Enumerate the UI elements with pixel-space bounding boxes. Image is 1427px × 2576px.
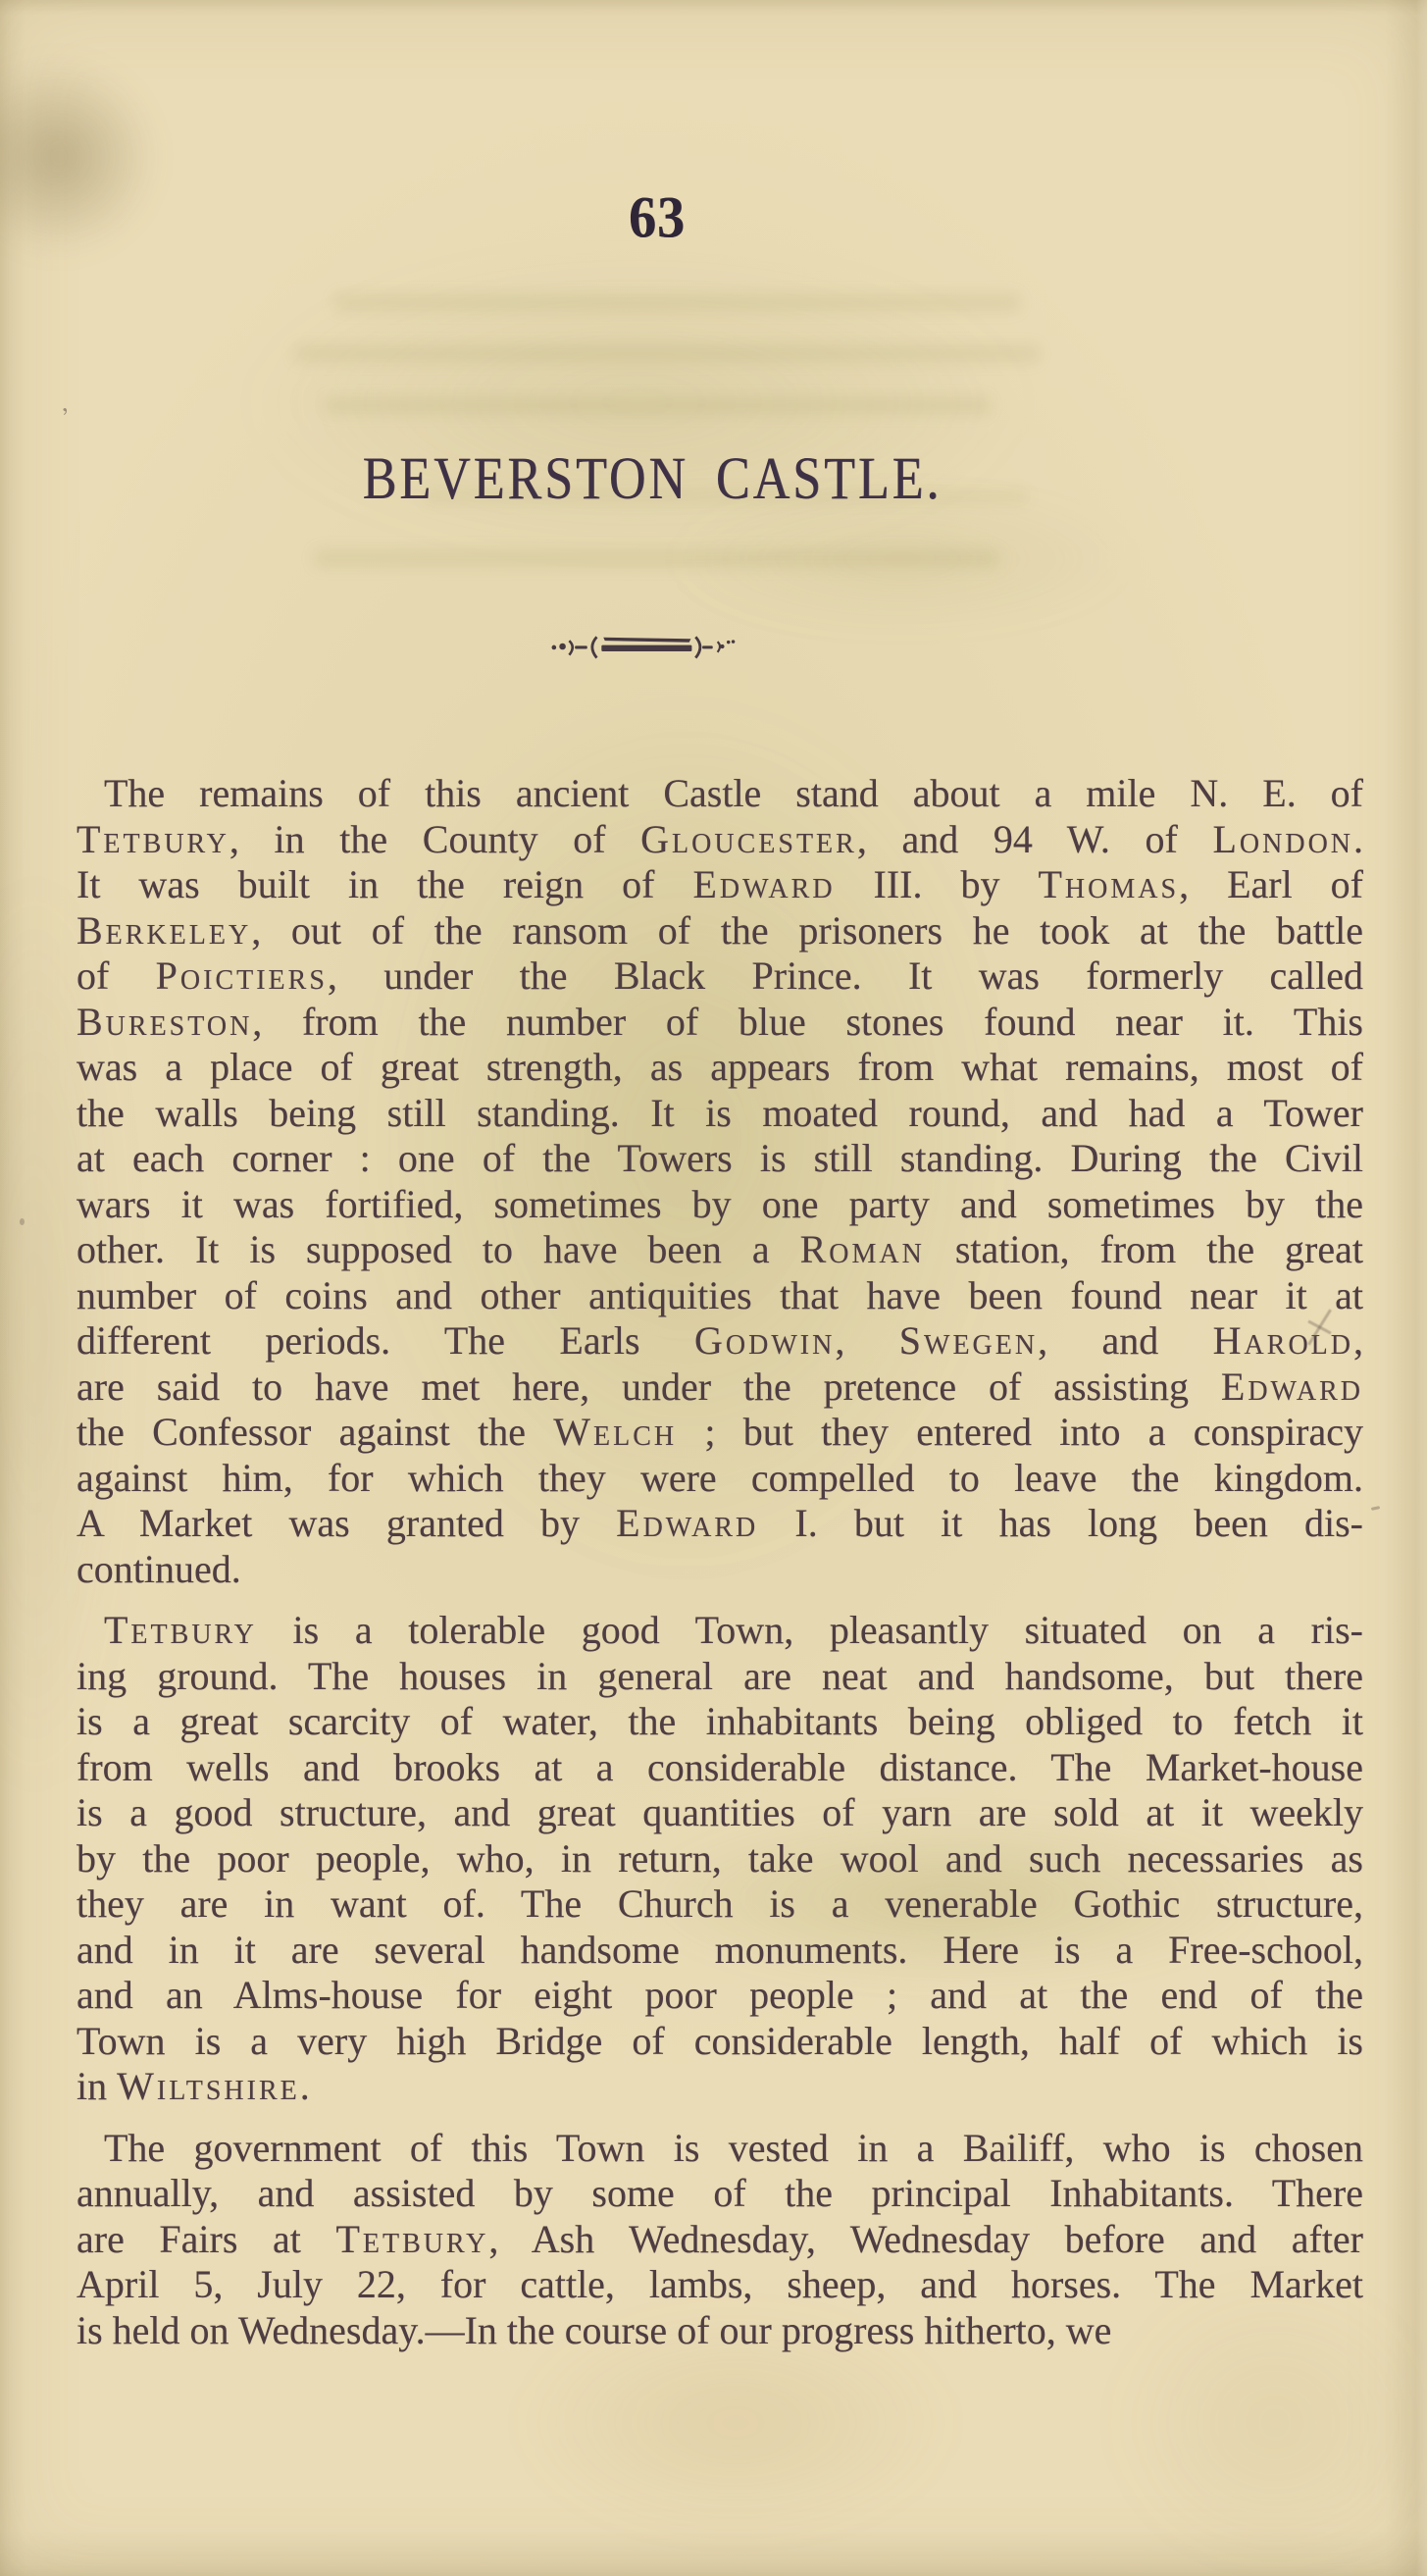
text-line: different periods. The Earls Godwin, Swe… (76, 1318, 1363, 1365)
showthrough-ghost (294, 345, 1040, 362)
small-caps-name: Harold (1213, 1318, 1353, 1363)
text-line: is a good structure, and great quantitie… (76, 1790, 1363, 1836)
book-page: 63 BEVERSTON CASTLE. The remains of this… (0, 0, 1427, 2576)
text-line: A Market was granted by Edward I. but it… (76, 1501, 1363, 1547)
small-caps-name: Swegen (899, 1318, 1038, 1363)
text-line: are said to have met here, under the pre… (76, 1365, 1363, 1411)
paragraph-3: The government of this Town is vested in… (76, 2126, 1363, 2354)
small-caps-name: Welch (553, 1410, 677, 1454)
small-caps-name: Poictiers (156, 953, 328, 998)
text-line: continued. (76, 1547, 1363, 1593)
page-number: 63 (0, 188, 1314, 247)
text-line: in Wiltshire. (76, 2064, 1363, 2110)
showthrough-ghost (324, 397, 991, 414)
text-line: number of coins and other antiquities th… (76, 1273, 1363, 1319)
ink-speck: ‚ (55, 387, 71, 418)
text-line: was a place of great strength, as appear… (76, 1045, 1363, 1091)
small-caps-name: Wiltshire (117, 2064, 300, 2108)
small-caps-name: Berkeley (76, 908, 251, 953)
text-line: of Poictiers, under the Black Prince. It… (76, 953, 1363, 1000)
text-line: ing ground. The houses in general are ne… (76, 1654, 1363, 1700)
printers-rule-ornament (549, 628, 736, 665)
small-caps-name: Edward (1221, 1365, 1363, 1409)
text-line: at each corner : one of the Towers is st… (76, 1136, 1363, 1182)
paragraph-1: The remains of this ancient Castle stand… (76, 771, 1363, 1592)
small-caps-name: London (1212, 817, 1353, 861)
ink-speck (20, 1218, 25, 1225)
text-line: the Confessor against the Welch ; but th… (76, 1410, 1363, 1456)
text-line: The government of this Town is vested in… (76, 2126, 1363, 2172)
showthrough-ghost (314, 549, 1000, 567)
text-line: is a great scarcity of water, the inhabi… (76, 1699, 1363, 1745)
small-caps-name: Bureston (76, 1000, 252, 1044)
text-line: other. It is supposed to have been a Rom… (76, 1227, 1363, 1273)
text-line: Bureston, from the number of blue stones… (76, 1000, 1363, 1046)
text-line: Berkeley, out of the ransom of the priso… (76, 908, 1363, 954)
paragraph-2: Tetbury is a tolerable good Town, pleasa… (76, 1608, 1363, 2110)
small-caps-name: Edward (692, 862, 835, 906)
text-line: It was built in the reign of Edward III.… (76, 862, 1363, 908)
text-line: and in it are several handsome monuments… (76, 1928, 1363, 1974)
small-caps-name: Tetbury (76, 817, 229, 861)
body-text: The remains of this ancient Castle stand… (76, 771, 1363, 2353)
text-line: Tetbury, in the County of Gloucester, an… (76, 817, 1363, 863)
small-caps-name: Tetbury (335, 2217, 488, 2261)
page-title: BEVERSTON CASTLE. (0, 446, 1304, 512)
text-line: Tetbury is a tolerable good Town, pleasa… (76, 1608, 1363, 1654)
small-caps-name: Roman (800, 1227, 925, 1271)
text-line: wars it was fortified, sometimes by one … (76, 1182, 1363, 1228)
text-line: from wells and brooks at a considerable … (76, 1745, 1363, 1791)
text-line: against him, for which they were compell… (76, 1456, 1363, 1502)
showthrough-ghost (333, 294, 1020, 311)
text-line: and an Alms-house for eight poor people … (76, 1973, 1363, 2019)
text-line: they are in want of. The Church is a ven… (76, 1881, 1363, 1928)
ink-speck (1371, 1506, 1380, 1511)
text-line: by the poor people, who, in return, take… (76, 1836, 1363, 1882)
small-caps-name: Edward (616, 1501, 758, 1545)
text-line: the walls being still standing. It is mo… (76, 1091, 1363, 1137)
text-line: April 5, July 22, for cattle, lambs, she… (76, 2262, 1363, 2308)
small-caps-name: Godwin (694, 1318, 835, 1363)
small-caps-name: Thomas (1039, 862, 1180, 906)
text-line: is held on Wednesday.—In the course of o… (76, 2308, 1363, 2354)
text-line: are Fairs at Tetbury, Ash Wednesday, Wed… (76, 2217, 1363, 2263)
text-line: Town is a very high Bridge of considerab… (76, 2019, 1363, 2065)
text-line: annually, and assisted by some of the pr… (76, 2171, 1363, 2217)
small-caps-name: Gloucester (640, 817, 857, 861)
text-line: The remains of this ancient Castle stand… (76, 771, 1363, 817)
small-caps-name: Tetbury (104, 1608, 257, 1652)
